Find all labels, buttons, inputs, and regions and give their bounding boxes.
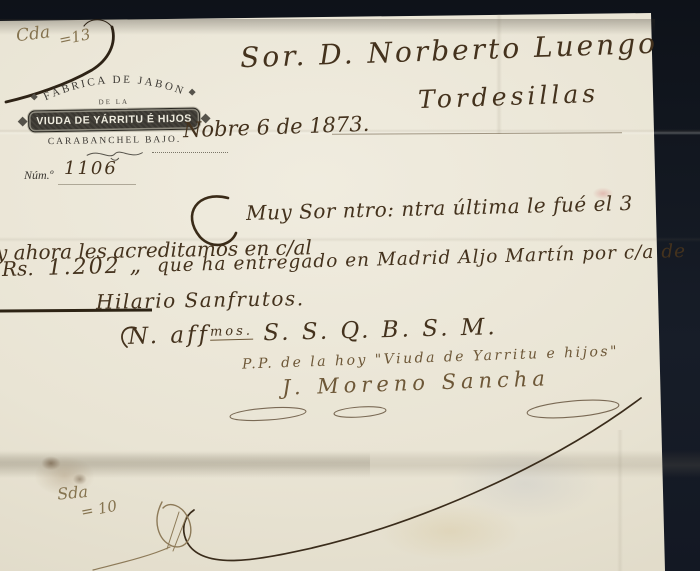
number-underline [58, 184, 136, 185]
amount-currency: Rs. [2, 256, 34, 281]
pencil-note-bottom-word: Sda [56, 482, 88, 504]
closing-superscript: mos. [210, 324, 253, 341]
document-number-row: Núm.º 1106 [24, 164, 53, 183]
letterhead-firm-name: VIUDA DE YÁRRITU É HIJOS [36, 113, 192, 128]
scanned-letter: Cda =13 FÁBRICA DE JABON DE LA VIUDA DE … [0, 0, 700, 571]
number-value: 1106 [64, 158, 118, 179]
arc-ornament-right [189, 89, 196, 96]
number-label: Núm.º [24, 168, 53, 182]
pencil-note-bottom: Sda = 10 [56, 481, 96, 521]
closing-pre: N. aff [128, 322, 211, 350]
letterhead-city: CARABANCHEL BAJO. [28, 134, 200, 147]
pencil-note-top-word: Cda [15, 22, 51, 46]
letterhead: FÁBRICA DE JABON DE LA VIUDA DE YÁRRITU … [27, 62, 201, 164]
amount-value: 1.202 „ [47, 253, 143, 281]
letterhead-firm-name-box: VIUDA DE YÁRRITU É HIJOS [28, 107, 200, 132]
printed-dotted-rule [152, 152, 228, 153]
